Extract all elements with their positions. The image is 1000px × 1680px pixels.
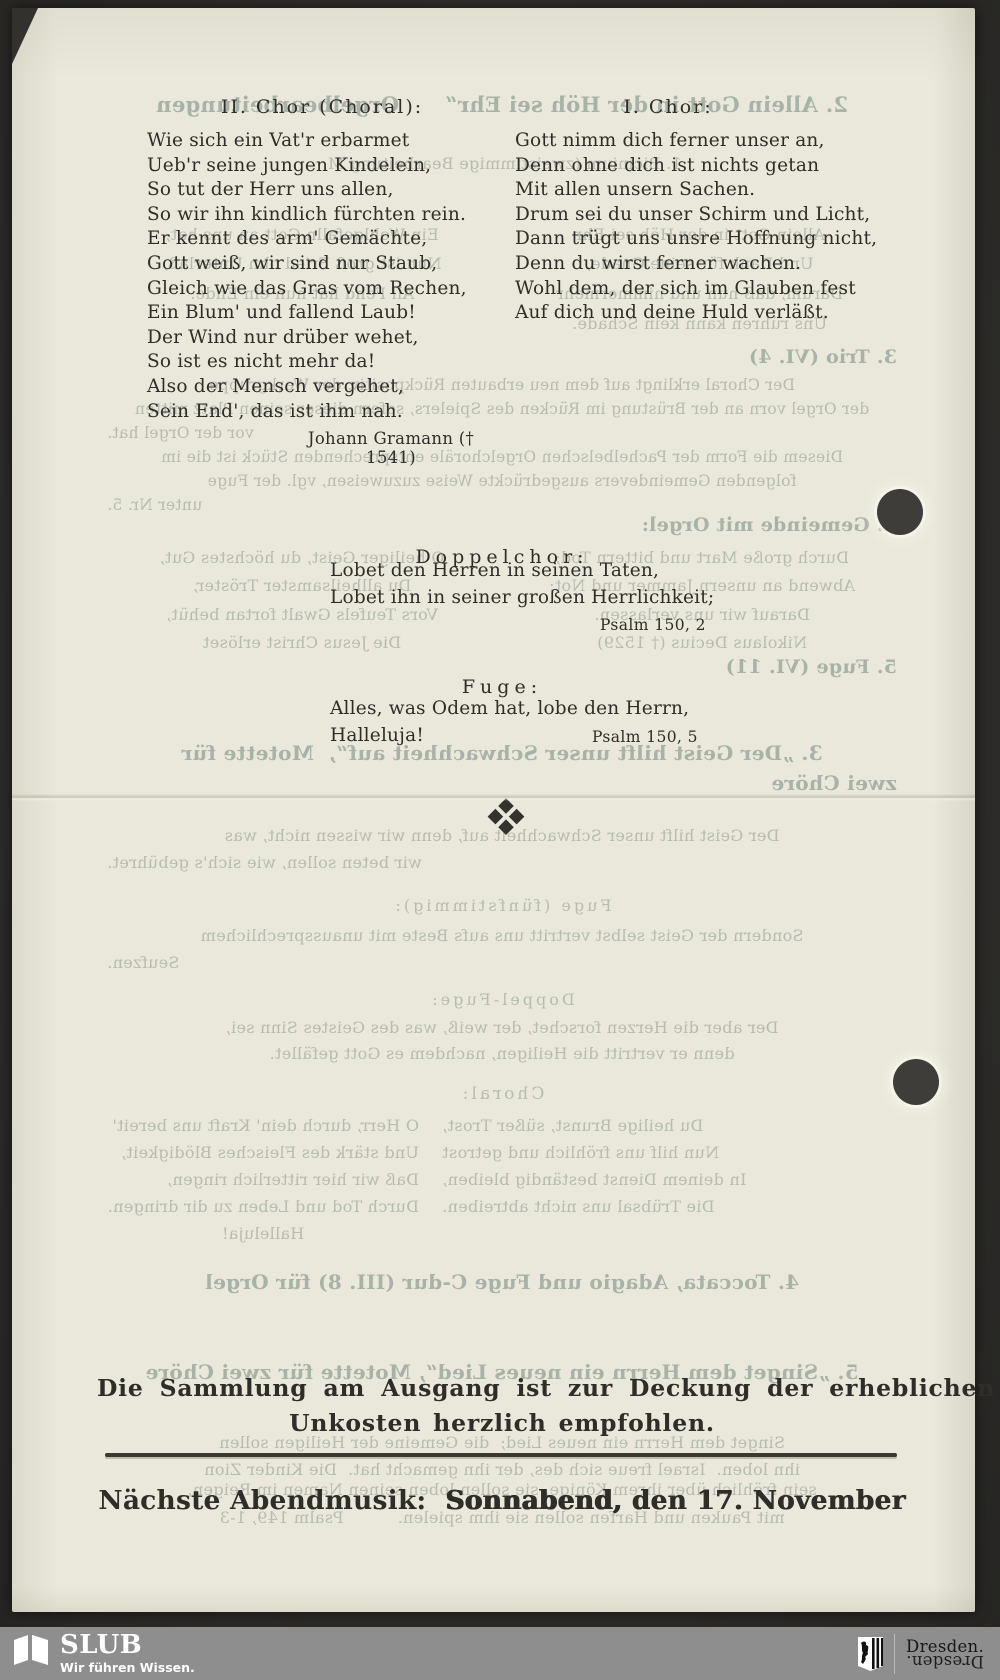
bleedthrough-ghost-text: Seufzen. [107,953,897,973]
bleedthrough-ghost-text: Du heilige Brunst, süßer Trost, [442,1116,772,1136]
bleedthrough-ghost-text: 4. Gemeinde mit Orgel: [492,514,897,538]
bleedthrough-ghost-text: Der aber die Herzen forschet, der weiß, … [107,1018,897,1038]
dresden-coat-of-arms-icon [858,1637,883,1671]
verse-line: Dann trügt uns unsre Hoffnung nicht, [515,227,913,252]
verse-line: Alles, was Odem hat, lobe den Herrn, [330,695,689,722]
next-event-prefix: Nächste Abendmusik: [98,1485,445,1516]
bleedthrough-ghost-text: denn er vertritt die Heiligen, nachdem e… [107,1044,897,1064]
punch-hole [877,489,923,535]
verse-line: Denn ohne dich ist nichts getan [515,154,913,179]
psalm-citation: Psalm 150, 5 [592,728,698,746]
next-event-date: den 17. November [622,1485,905,1516]
bleedthrough-ghost-text: Daß wir hier ritterlich ringen, [107,1170,419,1190]
verse-line: Denn du wirst ferner wachen. [515,252,913,277]
dresden-wordmark-block: Dresden. Dresden. [906,1639,984,1669]
dresden-wordmark-reflection: Dresden. [906,1654,984,1669]
bleedthrough-ghost-text: Doppel-Fuge: [107,990,897,1010]
verse-line: Also der Mensch vergehet, [147,375,497,400]
doppelchor-verse: Lobet den Herren in seinen Taten,Lobet i… [330,557,714,611]
dresden-logo[interactable]: Dresden. Dresden. [858,1634,984,1674]
verse-line: Lobet den Herren in seinen Taten, [330,557,714,584]
first-choir-heading: I. Chor: [515,96,913,118]
verse-line: Er kennt des arm' Gemächte, [147,227,497,252]
bleedthrough-ghost-text: Die Trübsal uns nicht abtreiben. [442,1197,772,1217]
verse-line: So tut der Herr uns allen, [147,178,497,203]
slub-logo[interactable]: SLUB Wir führen Wissen. [12,1632,195,1675]
horizontal-rule [105,1453,897,1457]
bleedthrough-ghost-text: Choral: [107,1084,897,1105]
bleedthrough-ghost-text: Nikolaus Decius († 1529) [502,633,902,653]
slub-logo-text-block: SLUB Wir führen Wissen. [60,1632,195,1675]
verse-line: Mit allen unsern Sachen. [515,178,913,203]
verse-line: Sein End', das ist ihm nah. [147,400,497,425]
collection-note-line1: Die Sammlung am Ausgang ist zur Deckung … [97,1374,907,1402]
verse-attribution: Johann Gramann († 1541) [147,429,497,467]
second-choir-section: II. Chor (Choral): Wie sich ein Vat'r er… [147,96,497,467]
verse-line: Ein Blum' und fallend Laub! [147,301,497,326]
scanned-program-page: II. Chor (Choral): Wie sich ein Vat'r er… [12,8,975,1612]
verse-line: Gott weiß, wir sind nur Staub, [147,252,497,277]
verse-line: Lobet ihn in seiner großen Herrlichkeit; [330,584,714,611]
second-choir-verse: Wie sich ein Vat'r erbarmetUeb'r seine j… [147,129,497,424]
bleedthrough-ghost-text: ihn loben. Israel freue sich des, der ih… [107,1460,897,1480]
bleedthrough-ghost-text: Die Jesus Christ erlöset [107,633,497,653]
open-book-icon [12,1632,50,1668]
bleedthrough-ghost-text: 4. Toccata, Adagio und Fuge C-dur (III. … [107,1270,897,1295]
psalm-citation: Psalm 150, 2 [600,616,706,634]
verse-line: Der Wind nur drüber wehet, [147,326,497,351]
logo-divider [894,1634,895,1674]
slub-tagline: Wir führen Wissen. [60,1660,195,1675]
first-choir-verse: Gott nimm dich ferner unser an,Denn ohne… [515,129,913,326]
page-corner-fold [12,8,38,64]
verse-line: Wohl dem, der sich im Glauben fest [515,277,913,302]
verse-line: So ist es nicht mehr da! [147,350,497,375]
punch-hole [893,1059,939,1105]
verse-line: Ueb'r seine jungen Kindelein, [147,154,497,179]
first-choir-section: I. Chor: Gott nimm dich ferner unser an,… [515,96,913,467]
verse-line: Gleich wie das Gras vom Rechen, [147,277,497,302]
bleedthrough-ghost-text: unter Nr. 5. [107,496,897,515]
bleedthrough-ghost-text: Durch Tod und Leben zu dir dringen. [107,1197,419,1217]
bleedthrough-ghost-text: folgenden Gemeindevers ausgedrückte Weis… [107,472,897,491]
bleedthrough-ghost-text: O Herr, durch dein' Kraft uns bereit' [107,1116,419,1136]
bleedthrough-ghost-text: Nun hilf uns fröhlich und getrost [442,1143,772,1163]
viewer-footer-bar: SLUB Wir führen Wissen. Dresden. Dresden… [0,1627,1000,1680]
bleedthrough-ghost-text: Halleluja! [107,1224,419,1244]
choir-columns: II. Chor (Choral): Wie sich ein Vat'r er… [147,96,913,467]
verse-line: So wir ihn kindlich fürchten rein. [147,203,497,228]
collection-note-line2: Unkosten herzlich empfohlen. [97,1409,907,1437]
next-event-announcement: Nächste Abendmusik: Sonnabend, den 17. N… [97,1485,907,1516]
verse-line: Wie sich ein Vat'r erbarmet [147,129,497,154]
verse-line: Gott nimm dich ferner unser an, [515,129,913,154]
paper-fold-crease [12,794,975,801]
bleedthrough-ghost-text: In deinem Dienst beständig bleiben, [442,1170,772,1190]
verse-line: Auf dich und deine Huld verläßt. [515,301,913,326]
second-choir-heading: II. Chor (Choral): [147,96,497,118]
bleedthrough-ghost-text: wir beten sollen, wie sich's gebühret. [107,853,897,873]
next-event-day: Sonnabend, [445,1485,622,1516]
bleedthrough-ghost-text: Sondern der Geist selbst vertritt uns au… [107,926,897,946]
bleedthrough-ghost-text: Fuge (fünfstimmig): [107,896,897,916]
verse-line: Drum sei du unser Schirm und Licht, [515,203,913,228]
slub-logo-name: SLUB [60,1632,195,1658]
bleedthrough-ghost-text: Und stärk des Fleisches Blödigkeit, [107,1143,419,1163]
bleedthrough-ghost-text: zwei Chöre [492,771,897,796]
